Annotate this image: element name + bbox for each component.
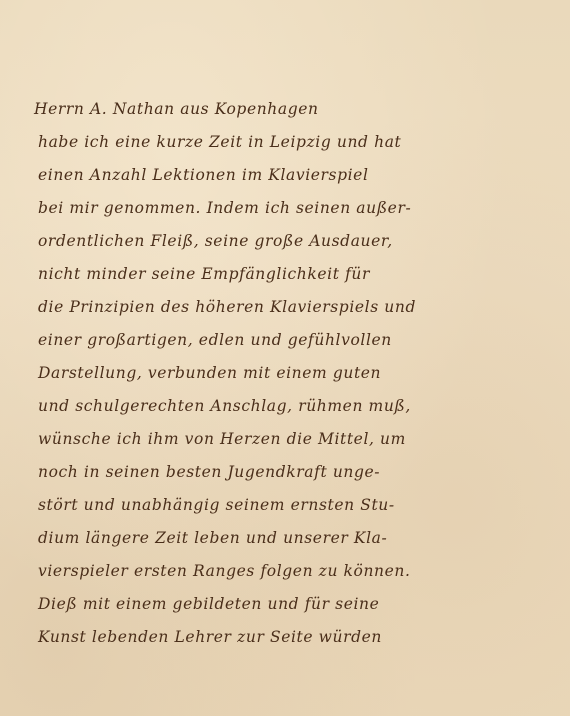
letter-line: ordentlichen Fleiß, seine große Ausdauer… — [38, 232, 393, 250]
letter-line: einen Anzahl Lektionen im Klavierspiel — [38, 166, 369, 184]
letter-line: habe ich eine kurze Zeit in Leipzig und … — [38, 133, 401, 151]
letter-line: Herrn A. Nathan aus Kopenhagen — [34, 100, 319, 118]
letter-line: Darstellung, verbunden mit einem guten — [38, 364, 381, 382]
letter-line: und schulgerechten Anschlag, rühmen muß, — [38, 397, 411, 415]
letter-line: nicht minder seine Empfänglichkeit für — [38, 265, 370, 283]
letter-page: Herrn A. Nathan aus Kopenhagen habe ich … — [0, 0, 570, 716]
letter-line: noch in seinen besten Jugendkraft unge- — [38, 463, 380, 481]
letter-line: Dieß mit einem gebildeten und für seine — [38, 595, 379, 613]
letter-line: die Prinzipien des höheren Klavierspiels… — [38, 298, 416, 316]
letter-line: Kunst lebenden Lehrer zur Seite würden — [38, 628, 382, 646]
letter-line: bei mir genommen. Indem ich seinen außer… — [38, 199, 411, 217]
letter-line: dium längere Zeit leben und unserer Kla- — [38, 529, 387, 547]
letter-line: stört und unabhängig seinem ernsten Stu- — [38, 496, 395, 514]
letter-line: vierspieler ersten Ranges folgen zu könn… — [38, 562, 411, 580]
letter-line: einer großartigen, edlen und gefühlvolle… — [38, 331, 392, 349]
letter-line: wünsche ich ihm von Herzen die Mittel, u… — [38, 430, 406, 448]
